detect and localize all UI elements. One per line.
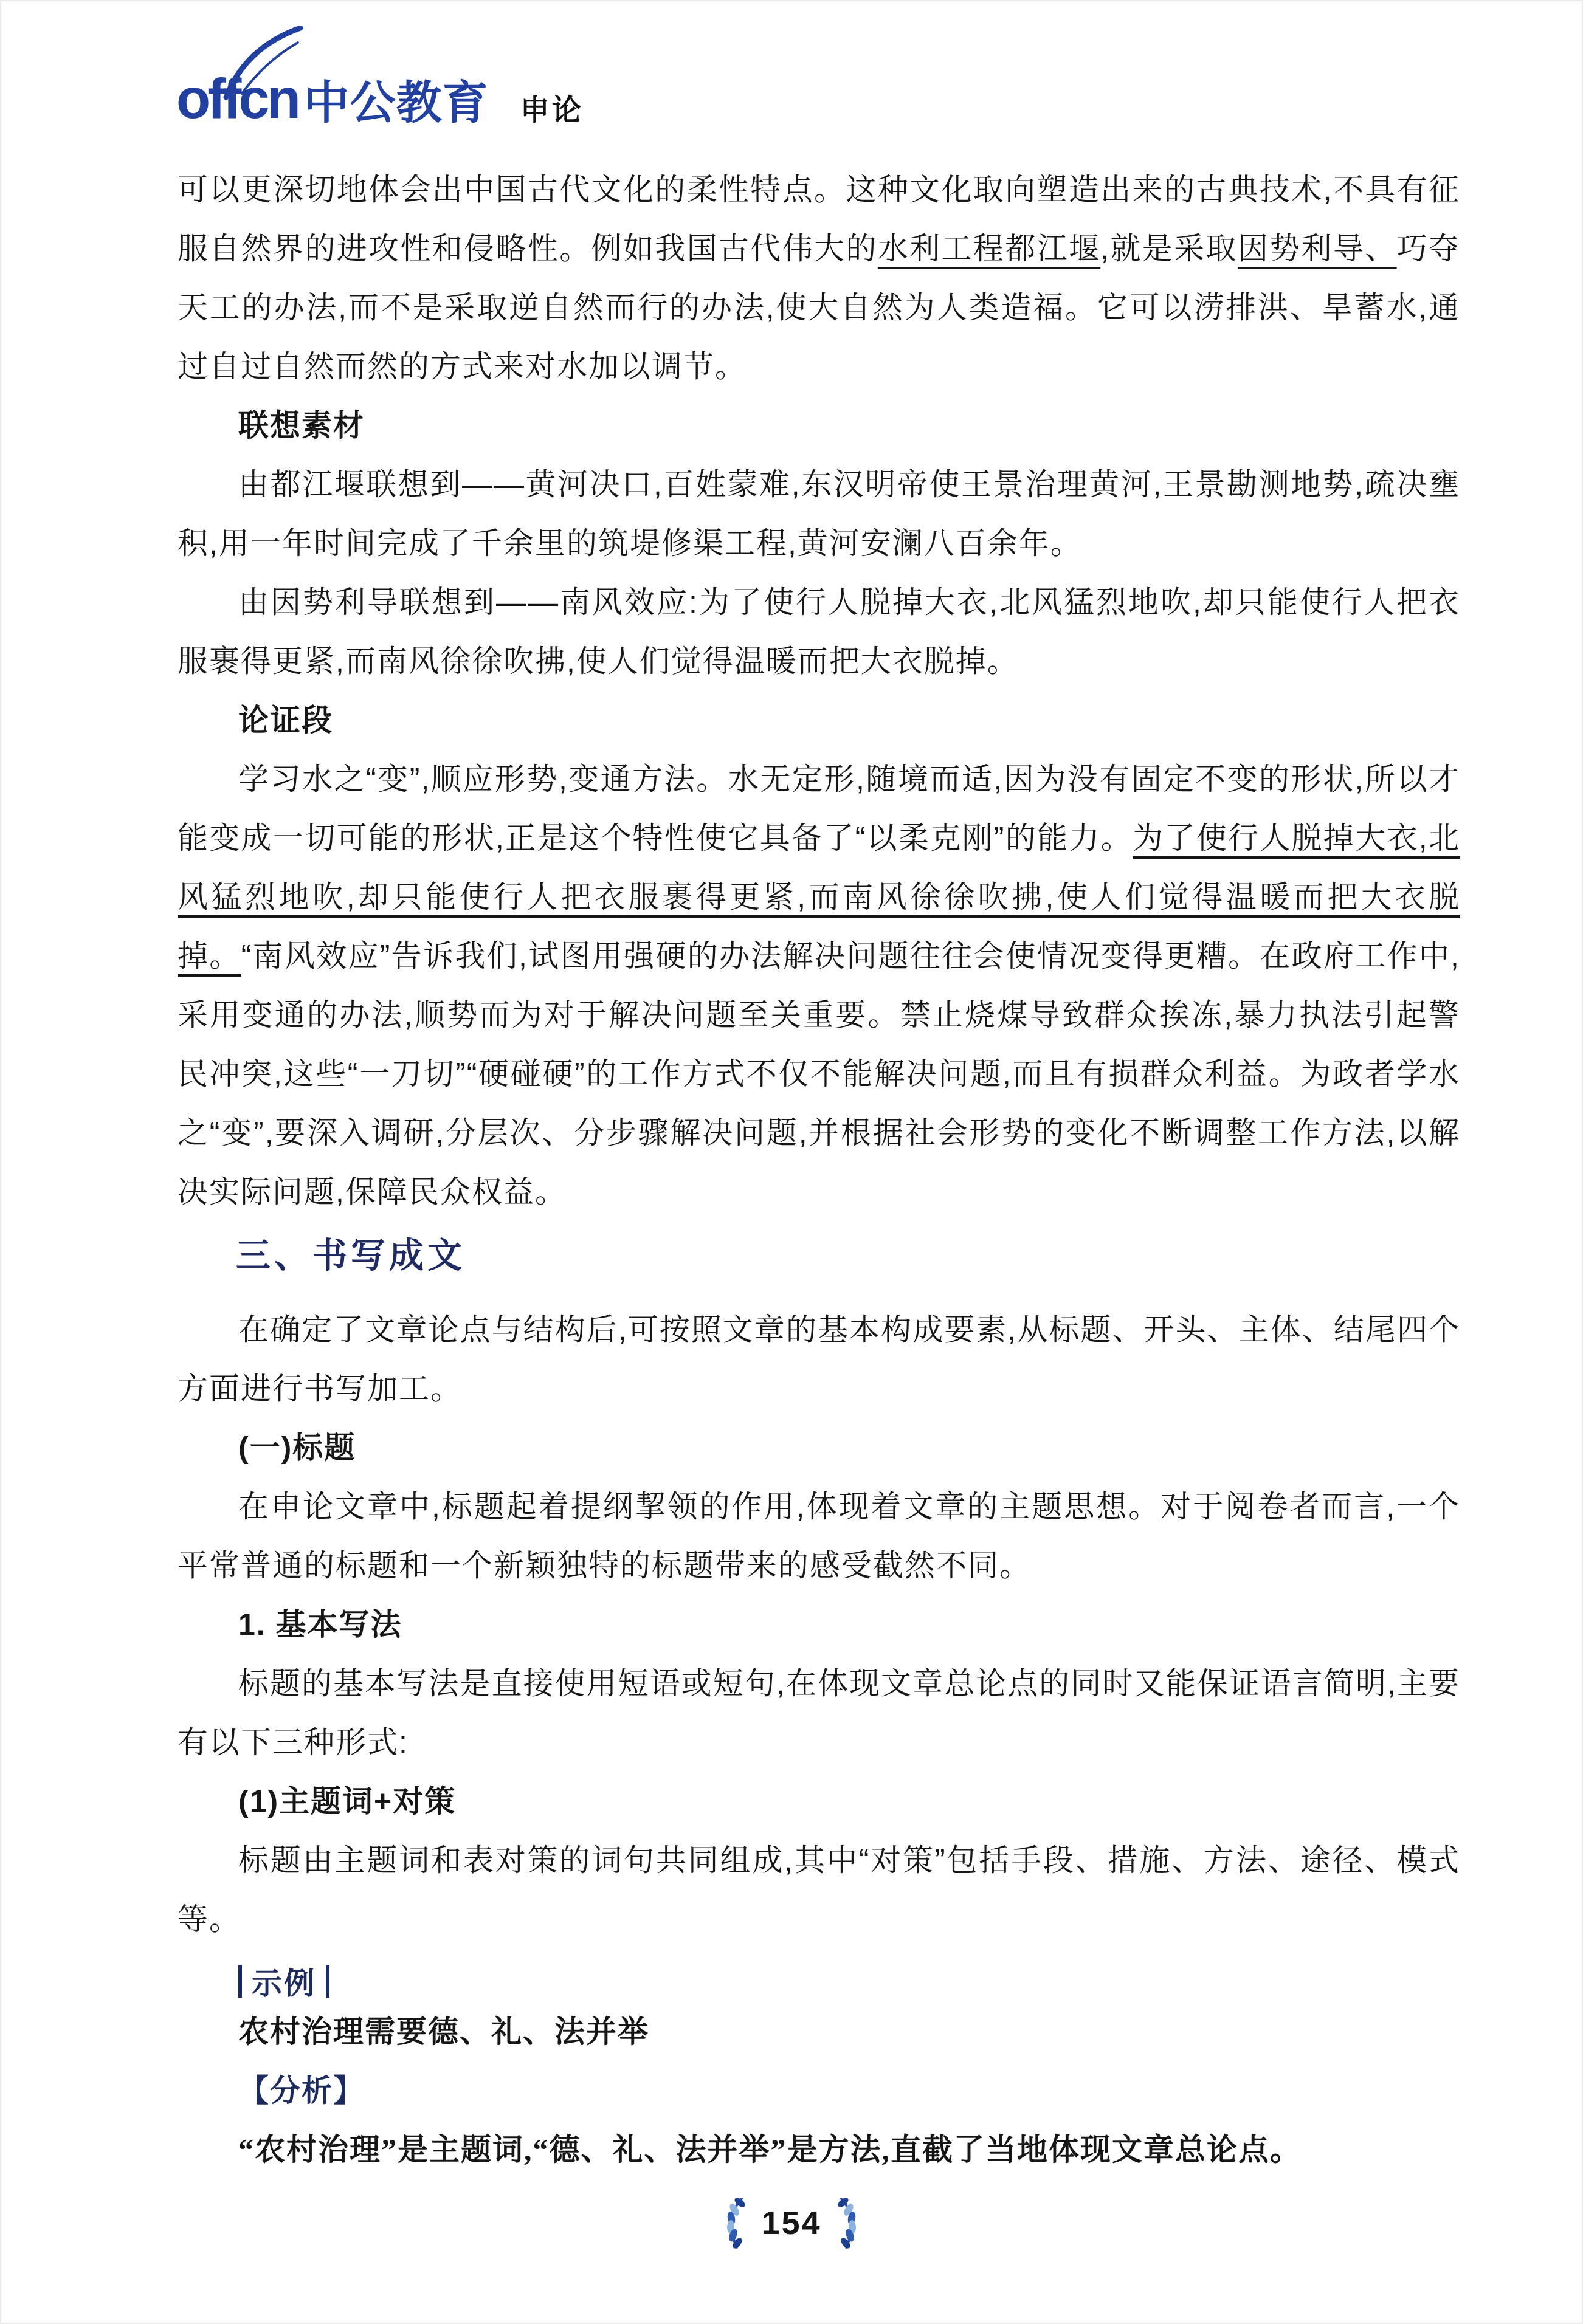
text-run: ,就是采取 bbox=[1100, 232, 1238, 266]
paragraph-lunzheng: 学习水之“变”,顺应形势,变通方法。水无定形,随境而适,因为没有固定不变的形状,… bbox=[178, 750, 1460, 1222]
underlined-text: 水利工程都江堰 bbox=[878, 232, 1100, 266]
example-label-bar bbox=[326, 1965, 329, 1998]
example-label: 示例 bbox=[178, 1960, 1460, 2003]
paragraph-jiben-xiefa: 标题的基本写法是直接使用短语或短句,在体现文章总论点的同时又能保证语言简明,主要… bbox=[178, 1654, 1460, 1772]
paragraph-section-intro: 在确定了文章论点与结构后,可按照文章的基本构成要素,从标题、开头、主体、结尾四个… bbox=[178, 1301, 1460, 1418]
laurel-left-icon bbox=[719, 2196, 747, 2250]
subheading-biaoti: (一)标题 bbox=[178, 1418, 1460, 1477]
page-number: 154 bbox=[761, 2204, 821, 2242]
analysis-label: 【分析】 bbox=[178, 2061, 1460, 2120]
paragraph-biaoti-intro: 在申论文章中,标题起着提纲挈领的作用,体现着文章的主题思想。对于阅卷者而言,一个… bbox=[178, 1477, 1460, 1595]
analysis-text: “农村治理”是主题词,“德、礼、法并举”是方法,直截了当地体现文章总论点。 bbox=[178, 2120, 1460, 2179]
book-page: offcn 中公教育 申论 可以更深切地体会出中国古代文化的柔性特点。这种文化取… bbox=[0, 0, 1583, 2324]
subheading-zhutici-duice: (1)主题词+对策 bbox=[178, 1772, 1460, 1831]
paragraph-nanfeng-xiaoying: 由因势利导联想到——南风效应:为了使行人脱掉大衣,北风猛烈地吹,却只能使行人把衣… bbox=[178, 573, 1460, 691]
laurel-right-icon bbox=[836, 2196, 864, 2250]
subheading-jiben-xiefa: 1. 基本写法 bbox=[178, 1595, 1460, 1654]
example-label-text: 示例 bbox=[252, 1959, 316, 2003]
page-content: 可以更深切地体会出中国古代文化的柔性特点。这种文化取向塑造出来的古典技术,不具有… bbox=[1, 1, 1583, 2179]
section-heading-shuxie-chengwen: 三、书写成文 bbox=[178, 1234, 1460, 1277]
example-title: 农村治理需要德、礼、法并举 bbox=[178, 2003, 1460, 2061]
underlined-text: 因势利导、 bbox=[1238, 232, 1397, 266]
subheading-lunzhengduan: 论证段 bbox=[178, 691, 1460, 750]
paragraph-opening: 可以更深切地体会出中国古代文化的柔性特点。这种文化取向塑造出来的古典技术,不具有… bbox=[178, 160, 1460, 396]
subheading-lianxiang-sucai: 联想素材 bbox=[178, 396, 1460, 455]
page-footer: 154 bbox=[1, 2196, 1582, 2250]
paragraph-dujiangyan: 由都江堰联想到——黄河决口,百姓蒙难,东汉明帝使王景治理黄河,王景勘测地势,疏决… bbox=[178, 455, 1460, 573]
text-run: “南风效应”告诉我们,试图用强硬的办法解决问题往往会使情况变得更糟。在政府工作中… bbox=[178, 939, 1460, 1209]
example-label-bar bbox=[238, 1965, 242, 1998]
paragraph-zhutici-duice: 标题由主题词和表对策的词句共同组成,其中“对策”包括手段、措施、方法、途径、模式… bbox=[178, 1831, 1460, 1949]
